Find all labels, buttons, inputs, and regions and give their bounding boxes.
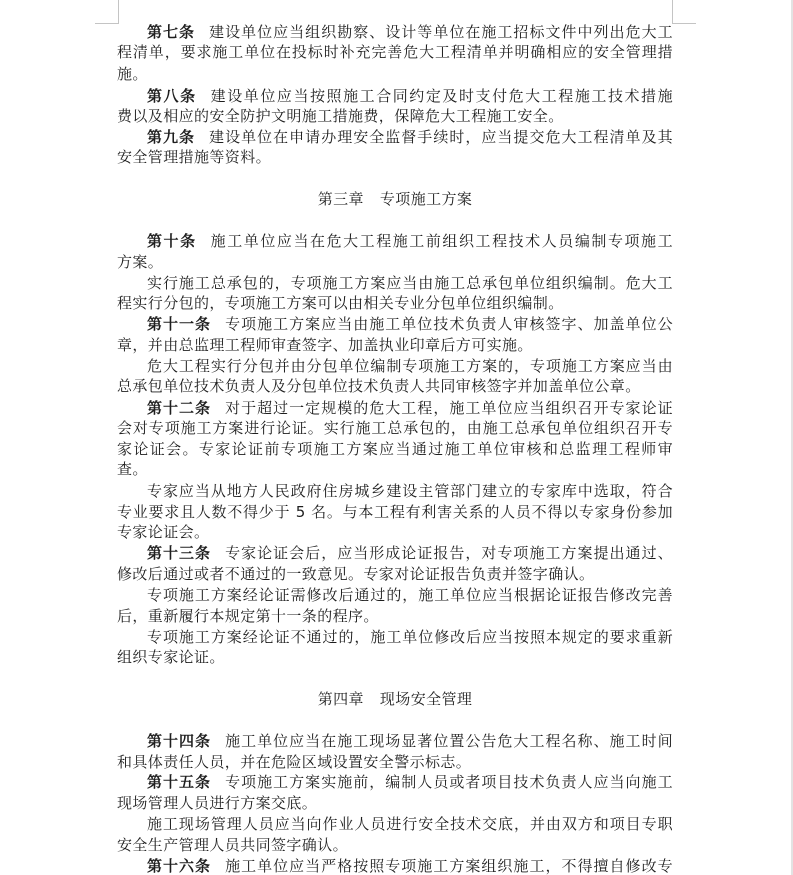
article-number: 第九条 bbox=[147, 128, 195, 146]
text-line: 后，重新履行本规定第十一条的程序。 bbox=[117, 606, 673, 626]
article-number: 第七条 bbox=[147, 23, 195, 41]
article-line: 第十六条施工单位应当严格按照专项施工方案组织施工，不得擅自修改专 bbox=[147, 856, 673, 875]
line-text: 专项施工方案实施前，编制人员或者项目技术负责人应当向施工 bbox=[225, 773, 673, 791]
line-text: 程清单，要求施工单位在投标时补充完善危大工程清单并明确相应的安全管理措 bbox=[117, 43, 673, 61]
text-line: 现场管理人员进行方案交底。 bbox=[117, 793, 673, 813]
chapter-heading: 第三章专项施工方案 bbox=[117, 189, 673, 209]
line-text: 专业要求且人数不得少于 5 名。与本工程有利害关系的人员不得以专家身份参加 bbox=[117, 503, 673, 521]
text-line: 专家应当从地方人民政府住房城乡建设主管部门建立的专家库中选取，符合 bbox=[147, 481, 673, 501]
article-line: 第九条建设单位在申请办理安全监督手续时，应当提交危大工程清单及其 bbox=[147, 127, 673, 147]
line-text: 专项施工方案经论证不通过的，施工单位修改后应当按照本规定的要求重新 bbox=[147, 628, 673, 646]
line-text: 安全管理措施等资料。 bbox=[117, 148, 271, 166]
text-line: 施。 bbox=[117, 64, 673, 84]
line-text: 专家论证会后，应当形成论证报告，对专项施工方案提出通过、 bbox=[225, 544, 673, 562]
text-line: 章，并由总监理工程师审查签字、加盖执业印章后方可实施。 bbox=[117, 335, 673, 355]
article-line: 第十条施工单位应当在危大工程施工前组织工程技术人员编制专项施工 bbox=[147, 231, 673, 251]
line-text: 后，重新履行本规定第十一条的程序。 bbox=[117, 607, 379, 625]
line-text: 组织专家论证。 bbox=[117, 648, 225, 666]
document-page: 第七条建设单位应当组织勘察、设计等单位在施工招标文件中列出危大工程清单，要求施工… bbox=[0, 0, 791, 875]
text-line: 总承包单位技术负责人及分包单位技术负责人共同审核签字并加盖单位公章。 bbox=[117, 376, 673, 396]
text-line: 程清单，要求施工单位在投标时补充完善危大工程清单并明确相应的安全管理措 bbox=[117, 42, 673, 62]
page-corner-mark-top-right bbox=[672, 0, 696, 24]
article-number: 第十一条 bbox=[147, 315, 211, 333]
line-text: 安全生产管理人员共同签字确认。 bbox=[117, 836, 348, 854]
line-text: 专家应当从地方人民政府住房城乡建设主管部门建立的专家库中选取，符合 bbox=[147, 482, 673, 500]
article-number: 第十二条 bbox=[147, 399, 211, 417]
text-line: 会对专项施工方案进行论证。实行施工总承包的，由施工总承包单位组织召开专 bbox=[117, 418, 673, 438]
line-text: 专项施工方案应当由施工单位技术负责人审核签字、加盖单位公 bbox=[225, 315, 673, 333]
text-line: 修改后通过或者不通过的一致意见。专家对论证报告负责并签字确认。 bbox=[117, 564, 673, 584]
text-line: 专项施工方案经论证需修改后通过的，施工单位应当根据论证报告修改完善 bbox=[147, 585, 673, 605]
line-text: 建设单位应当按照施工合同约定及时支付危大工程施工技术措施 bbox=[211, 87, 673, 105]
text-line: 专家论证会。 bbox=[117, 522, 673, 542]
line-text: 修改后通过或者不通过的一致意见。专家对论证报告负责并签字确认。 bbox=[117, 565, 594, 583]
page-corner-mark-top-left bbox=[95, 0, 119, 24]
text-line: 查。 bbox=[117, 459, 673, 479]
line-text: 总承包单位技术负责人及分包单位技术负责人共同审核签字并加盖单位公章。 bbox=[117, 377, 641, 395]
line-text: 家论证会。专家论证前专项施工方案应当通过施工单位审核和总监理工程师审 bbox=[117, 440, 673, 458]
line-text: 施工单位应当在施工现场显著位置公告危大工程名称、施工时间 bbox=[225, 732, 673, 750]
article-number: 第十条 bbox=[147, 232, 197, 250]
text-line: 安全管理措施等资料。 bbox=[117, 147, 673, 167]
text-line: 方案。 bbox=[117, 252, 673, 272]
line-text: 方案。 bbox=[117, 253, 163, 271]
article-line: 第十三条专家论证会后，应当形成论证报告，对专项施工方案提出通过、 bbox=[147, 543, 673, 563]
line-text: 施工单位应当严格按照专项施工方案组织施工，不得擅自修改专 bbox=[225, 857, 673, 875]
article-line: 第十一条专项施工方案应当由施工单位技术负责人审核签字、加盖单位公 bbox=[147, 314, 673, 334]
line-text: 施工单位应当在危大工程施工前组织工程技术人员编制专项施工 bbox=[211, 232, 673, 250]
line-text: 费以及相应的安全防护文明施工措施费，保障危大工程施工安全。 bbox=[117, 107, 564, 125]
line-text: 实行施工总承包的，专项施工方案应当由施工总承包单位组织编制。危大工 bbox=[147, 274, 673, 292]
text-line: 专业要求且人数不得少于 5 名。与本工程有利害关系的人员不得以专家身份参加 bbox=[117, 502, 673, 522]
text-line: 实行施工总承包的，专项施工方案应当由施工总承包单位组织编制。危大工 bbox=[147, 273, 673, 293]
line-text: 施工现场管理人员应当向作业人员进行安全技术交底，并由双方和项目专职 bbox=[147, 815, 673, 833]
line-text: 和具体责任人员，并在危险区域设置安全警示标志。 bbox=[117, 753, 471, 771]
text-line: 专项施工方案经论证不通过的，施工单位修改后应当按照本规定的要求重新 bbox=[147, 627, 673, 647]
text-line: 程实行分包的，专项施工方案可以由相关专业分包单位组织编制。 bbox=[117, 293, 673, 313]
text-line: 费以及相应的安全防护文明施工措施费，保障危大工程施工安全。 bbox=[117, 106, 673, 126]
line-text: 建设单位应当组织勘察、设计等单位在施工招标文件中列出危大工 bbox=[209, 23, 673, 41]
article-number: 第十四条 bbox=[147, 732, 211, 750]
line-text: 查。 bbox=[117, 460, 148, 478]
line-text: 程实行分包的，专项施工方案可以由相关专业分包单位组织编制。 bbox=[117, 294, 564, 312]
line-text: 危大工程实行分包并由分包单位编制专项施工方案的，专项施工方案应当由 bbox=[147, 357, 673, 375]
line-text: 专家论证会。 bbox=[117, 523, 209, 541]
article-line: 第十四条施工单位应当在施工现场显著位置公告危大工程名称、施工时间 bbox=[147, 731, 673, 751]
chapter-title: 现场安全管理 bbox=[380, 690, 472, 708]
text-line: 组织专家论证。 bbox=[117, 647, 673, 667]
line-text: 会对专项施工方案进行论证。实行施工总承包的，由施工总承包单位组织召开专 bbox=[117, 419, 673, 437]
text-line: 安全生产管理人员共同签字确认。 bbox=[117, 835, 673, 855]
text-line: 危大工程实行分包并由分包单位编制专项施工方案的，专项施工方案应当由 bbox=[147, 356, 673, 376]
line-text: 现场管理人员进行方案交底。 bbox=[117, 794, 317, 812]
article-number: 第八条 bbox=[147, 87, 197, 105]
article-number: 第十五条 bbox=[147, 773, 211, 791]
chapter-number: 第三章 bbox=[318, 190, 364, 208]
line-text: 对于超过一定规模的危大工程，施工单位应当组织召开专家论证 bbox=[225, 399, 673, 417]
text-line: 家论证会。专家论证前专项施工方案应当通过施工单位审核和总监理工程师审 bbox=[117, 439, 673, 459]
article-line: 第八条建设单位应当按照施工合同约定及时支付危大工程施工技术措施 bbox=[147, 86, 673, 106]
text-line: 施工现场管理人员应当向作业人员进行安全技术交底，并由双方和项目专职 bbox=[147, 814, 673, 834]
line-text: 章，并由总监理工程师审查签字、加盖执业印章后方可实施。 bbox=[117, 336, 533, 354]
article-line: 第十二条对于超过一定规模的危大工程，施工单位应当组织召开专家论证 bbox=[147, 398, 673, 418]
chapter-title: 专项施工方案 bbox=[380, 190, 472, 208]
article-number: 第十六条 bbox=[147, 857, 211, 875]
article-number: 第十三条 bbox=[147, 544, 211, 562]
chapter-number: 第四章 bbox=[318, 690, 364, 708]
article-line: 第七条建设单位应当组织勘察、设计等单位在施工招标文件中列出危大工 bbox=[147, 22, 673, 42]
line-text: 建设单位在申请办理安全监督手续时，应当提交危大工程清单及其 bbox=[209, 128, 673, 146]
article-line: 第十五条专项施工方案实施前，编制人员或者项目技术负责人应当向施工 bbox=[147, 772, 673, 792]
line-text: 施。 bbox=[117, 65, 148, 83]
text-line: 和具体责任人员，并在危险区域设置安全警示标志。 bbox=[117, 752, 673, 772]
chapter-heading: 第四章现场安全管理 bbox=[117, 689, 673, 709]
line-text: 专项施工方案经论证需修改后通过的，施工单位应当根据论证报告修改完善 bbox=[147, 586, 673, 604]
